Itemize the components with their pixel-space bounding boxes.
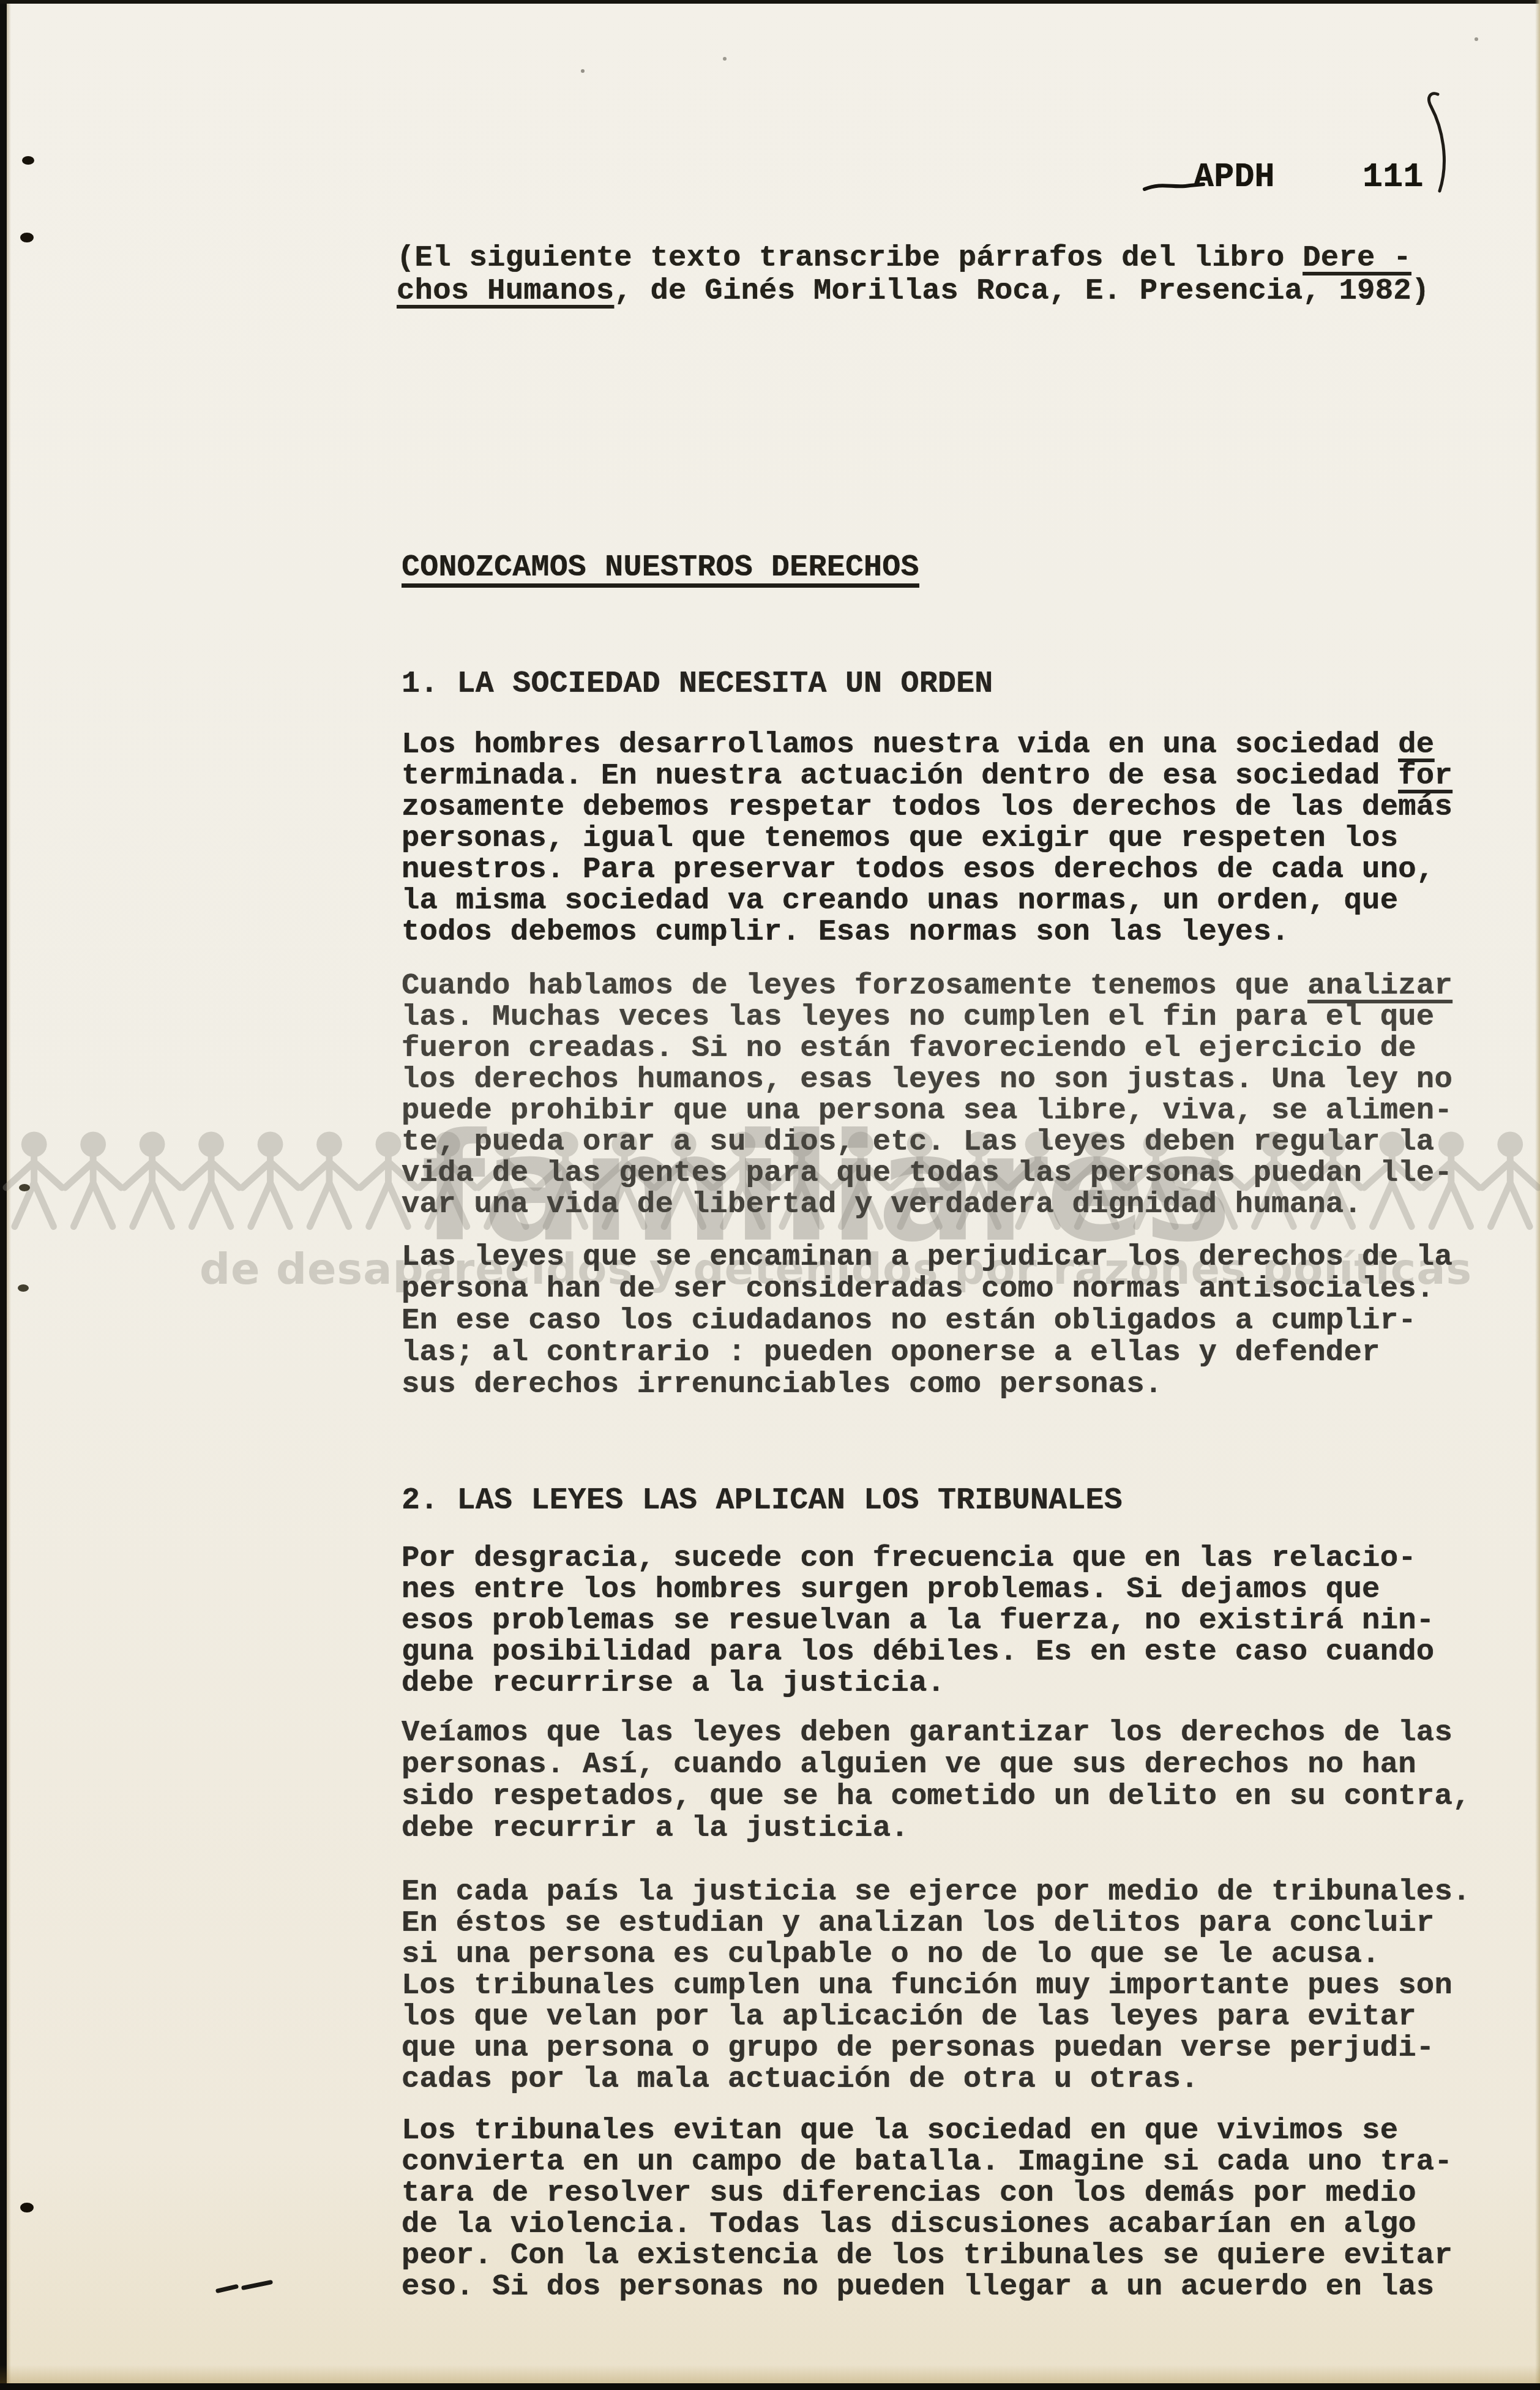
underlined-text: de xyxy=(1398,727,1434,762)
text-line: Los tribunales evitan que la sociedad en… xyxy=(402,2115,1452,2146)
paragraph: Los tribunales evitan que la sociedad en… xyxy=(402,2115,1452,2302)
text-segment: nuestros. Para preservar todos esos dere… xyxy=(402,852,1434,886)
text-segment: debe recurrirse a la justicia. xyxy=(402,1666,945,1700)
text-segment: Cuando hablamos de leyes forzosamente te… xyxy=(402,968,1307,1003)
paragraph: Las leyes que se encaminan a perjudicar … xyxy=(402,1241,1452,1400)
text-line: las; al contrario : pueden oponerse a el… xyxy=(402,1336,1452,1368)
text-segment: var una vida de libertad y verdadera dig… xyxy=(402,1187,1362,1221)
section-2-heading: 2. LAS LEYES LAS APLICAN LOS TRIBUNALES xyxy=(402,1483,1123,1518)
paragraph: En cada país la justicia se ejerce por m… xyxy=(402,1876,1471,2095)
handwritten-margin-dash xyxy=(218,2282,271,2291)
text-line: sus derechos irrenunciables como persona… xyxy=(402,1368,1452,1400)
text-segment: vida de las gentes para que todas las pe… xyxy=(402,1156,1452,1190)
text-line: de la violencia. Todas las discusiones a… xyxy=(402,2209,1452,2240)
text-segment: si una persona es culpable o no de lo qu… xyxy=(402,1937,1380,1971)
ink-dot xyxy=(22,156,34,165)
text-line: los que velan por la aplicación de las l… xyxy=(402,2001,1471,2032)
paper-speck xyxy=(581,69,585,73)
text-segment: tara de resolver sus diferencias con los… xyxy=(402,2176,1416,2210)
text-segment: debe recurrir a la justicia. xyxy=(402,1811,909,1845)
text-segment: Por desgracia, sucede con frecuencia que… xyxy=(402,1541,1416,1575)
text-segment: sido respetados, que se ha cometido un d… xyxy=(402,1779,1471,1813)
underlined-text: analizar xyxy=(1307,968,1452,1003)
text-segment: cadas por la mala actuación de otra u ot… xyxy=(402,2062,1199,2096)
section-1-heading: 1. LA SOCIEDAD NECESITA UN ORDEN xyxy=(402,667,993,702)
text-segment: sus derechos irrenunciables como persona… xyxy=(402,1367,1162,1401)
org-stamp: APDH xyxy=(1194,158,1275,197)
text-segment: guna posibilidad para los débiles. Es en… xyxy=(402,1635,1434,1669)
scan-edge-bottom xyxy=(0,2383,1540,2390)
text-segment: las; al contrario : pueden oponerse a el… xyxy=(402,1335,1380,1369)
text-segment: que una persona o grupo de personas pued… xyxy=(402,2031,1434,2065)
text-segment: persona han de ser consideradas como nor… xyxy=(402,1272,1434,1306)
text-segment: te, pueda orar a su dios, etc. Las leyes… xyxy=(402,1125,1434,1159)
text-segment: En cada país la justicia se ejerce por m… xyxy=(402,1875,1471,1909)
text-line: debe recurrir a la justicia. xyxy=(402,1812,1471,1844)
text-line: peor. Con la existencia de los tribunale… xyxy=(402,2240,1452,2271)
text-line: Por desgracia, sucede con frecuencia que… xyxy=(402,1543,1434,1574)
text-line: zosamente debemos respetar todos los der… xyxy=(402,792,1452,823)
underlined-text: for xyxy=(1398,759,1452,793)
text-line: Veíamos que las leyes deben garantizar l… xyxy=(402,1717,1471,1748)
text-line: convierta en un campo de batalla. Imagin… xyxy=(402,2146,1452,2178)
text-line: terminada. En nuestra actuación dentro d… xyxy=(402,760,1452,792)
text-line: que una persona o grupo de personas pued… xyxy=(402,2032,1471,2064)
text-line: si una persona es culpable o no de lo qu… xyxy=(402,1939,1471,1970)
ink-dot xyxy=(20,2203,34,2212)
text-line: En éstos se estudian y analizan los deli… xyxy=(402,1908,1471,1939)
text-line: Cuando hablamos de leyes forzosamente te… xyxy=(402,970,1452,1002)
text-line: nes entre los hombres surgen problemas. … xyxy=(402,1574,1434,1605)
text-segment: nes entre los hombres surgen problemas. … xyxy=(402,1572,1380,1606)
text-line: cadas por la mala actuación de otra u ot… xyxy=(402,2064,1471,2095)
paragraph: Los hombres desarrollamos nuestra vida e… xyxy=(402,729,1452,948)
text-segment: zosamente debemos respetar todos los der… xyxy=(402,790,1452,824)
text-segment: la misma sociedad va creando unas normas… xyxy=(402,883,1398,918)
text-line: eso. Si dos personas no pueden llegar a … xyxy=(402,2271,1452,2302)
text-line: sido respetados, que se ha cometido un d… xyxy=(402,1780,1471,1812)
text-segment: todos debemos cumplir. Esas normas son l… xyxy=(402,915,1290,949)
paragraph: Veíamos que las leyes deben garantizar l… xyxy=(402,1717,1471,1844)
scan-edge-top xyxy=(0,0,1540,4)
text-segment: fueron creadas. Si no están favoreciendo… xyxy=(402,1031,1416,1065)
text-line: personas. Así, cuando alguien ve que sus… xyxy=(402,1748,1471,1780)
text-segment: esos problemas se resuelvan a la fuerza,… xyxy=(402,1603,1434,1638)
underlined-text: Dere - xyxy=(1303,241,1411,275)
text-segment: convierta en un campo de batalla. Imagin… xyxy=(402,2145,1452,2179)
text-line: Los tribunales cumplen una función muy i… xyxy=(402,1970,1471,2001)
text-segment: eso. Si dos personas no pueden llegar a … xyxy=(402,2269,1434,2304)
text-line: todos debemos cumplir. Esas normas son l… xyxy=(402,916,1452,948)
text-segment: personas, igual que tenemos que exigir q… xyxy=(402,821,1398,855)
text-line: los derechos humanos, esas leyes no son … xyxy=(402,1064,1452,1095)
text-segment: de la violencia. Todas las discusiones a… xyxy=(402,2207,1416,2241)
text-segment: En éstos se estudian y analizan los deli… xyxy=(402,1906,1434,1940)
document-title: CONOZCAMOS NUESTROS DERECHOS xyxy=(402,550,919,585)
paragraph: Cuando hablamos de leyes forzosamente te… xyxy=(402,970,1452,1220)
text-segment: las. Muchas veces las leyes no cumplen e… xyxy=(402,1000,1434,1034)
text-segment: , de Ginés Morillas Roca, E. Presencia, … xyxy=(614,274,1429,308)
paragraph: Por desgracia, sucede con frecuencia que… xyxy=(402,1543,1434,1699)
text-line: persona han de ser consideradas como nor… xyxy=(402,1273,1452,1305)
text-line: En ese caso los ciudadanos no están obli… xyxy=(402,1305,1452,1336)
text-line: Las leyes que se encaminan a perjudicar … xyxy=(402,1241,1452,1273)
text-line: guna posibilidad para los débiles. Es en… xyxy=(402,1636,1434,1668)
paper-speck xyxy=(723,57,727,61)
text-segment: terminada. En nuestra actuación dentro d… xyxy=(402,759,1398,793)
text-line: fueron creadas. Si no están favoreciendo… xyxy=(402,1033,1452,1064)
text-line: vida de las gentes para que todas las pe… xyxy=(402,1158,1452,1189)
text-line: var una vida de libertad y verdadera dig… xyxy=(402,1189,1452,1220)
scan-edge-bottom-shadow xyxy=(0,2365,1540,2383)
text-segment: En ese caso los ciudadanos no están obli… xyxy=(402,1303,1416,1338)
text-line: las. Muchas veces las leyes no cumplen e… xyxy=(402,1002,1452,1033)
text-line: chos Humanos, de Ginés Morillas Roca, E.… xyxy=(397,274,1429,307)
text-line: esos problemas se resuelvan a la fuerza,… xyxy=(402,1605,1434,1636)
text-line: En cada país la justicia se ejerce por m… xyxy=(402,1876,1471,1908)
text-line: personas, igual que tenemos que exigir q… xyxy=(402,823,1452,854)
handwritten-stroke-near-page-number xyxy=(1429,94,1445,191)
text-line: puede prohibir que una persona sea libre… xyxy=(402,1095,1452,1126)
text-line: la misma sociedad va creando unas normas… xyxy=(402,885,1452,916)
ink-dot xyxy=(20,233,34,242)
text-line: te, pueda orar a su dios, etc. Las leyes… xyxy=(402,1126,1452,1158)
text-segment: puede prohibir que una persona sea libre… xyxy=(402,1093,1452,1128)
text-segment: los derechos humanos, esas leyes no son … xyxy=(402,1062,1452,1096)
paper-speck xyxy=(1475,37,1478,41)
text-line: tara de resolver sus diferencias con los… xyxy=(402,2178,1452,2209)
underlined-text: chos Humanos xyxy=(397,274,614,308)
text-segment: peor. Con la existencia de los tribunale… xyxy=(402,2238,1452,2272)
text-segment: Las leyes que se encaminan a perjudicar … xyxy=(402,1240,1452,1274)
text-segment: personas. Así, cuando alguien ve que sus… xyxy=(402,1747,1416,1781)
text-segment: Los tribunales evitan que la sociedad en… xyxy=(402,2113,1398,2148)
text-segment: Veíamos que las leyes deben garantizar l… xyxy=(402,1715,1452,1750)
text-segment: Los tribunales cumplen una función muy i… xyxy=(402,1968,1452,2002)
page-number: 111 xyxy=(1362,158,1424,197)
text-line: Los hombres desarrollamos nuestra vida e… xyxy=(402,729,1452,760)
text-segment: (El siguiente texto transcribe párrafos … xyxy=(397,241,1303,275)
ink-dot xyxy=(18,1284,29,1292)
text-line: (El siguiente texto transcribe párrafos … xyxy=(397,241,1429,274)
document-page: familiares de desaparecidos y detenidos … xyxy=(0,0,1540,2390)
text-segment: Los hombres desarrollamos nuestra vida e… xyxy=(402,727,1398,762)
text-line: nuestros. Para preservar todos esos dere… xyxy=(402,854,1452,885)
text-line: debe recurrirse a la justicia. xyxy=(402,1668,1434,1699)
intro-citation: (El siguiente texto transcribe párrafos … xyxy=(397,241,1429,307)
text-segment: los que velan por la aplicación de las l… xyxy=(402,1999,1416,2034)
